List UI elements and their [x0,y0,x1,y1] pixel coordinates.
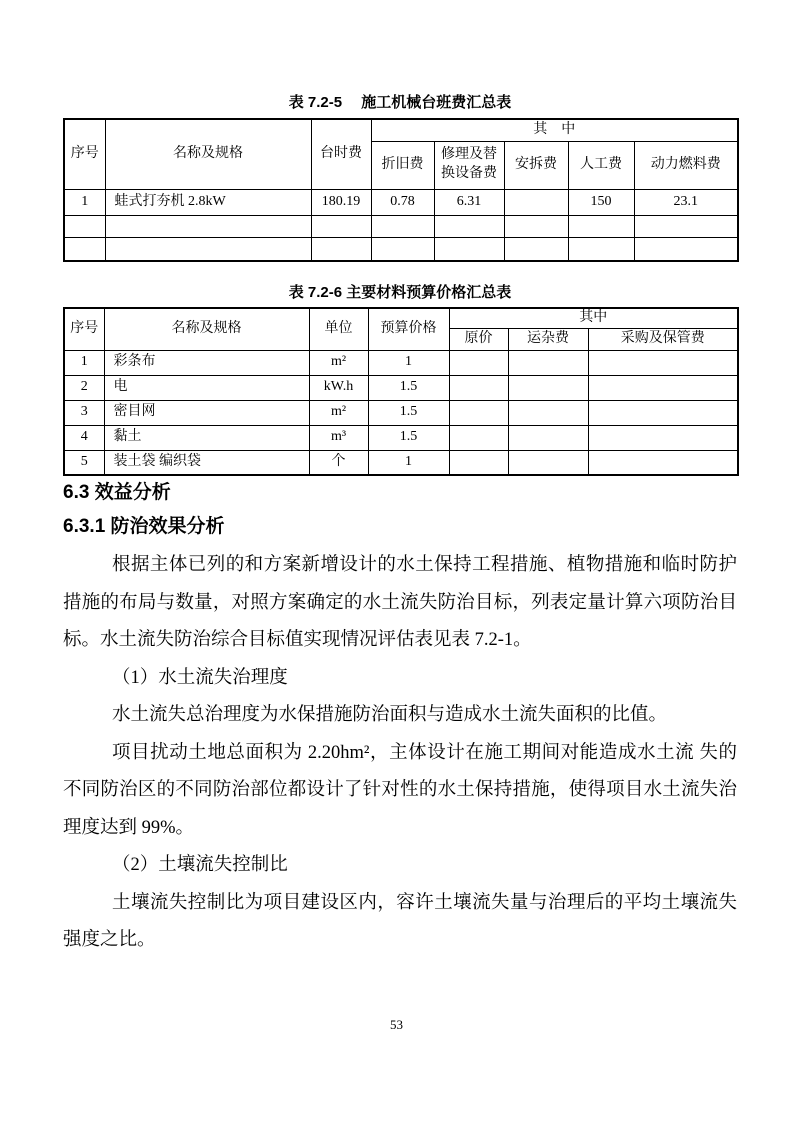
t2-col-group: 其中 [449,308,738,328]
cell-empty [449,400,508,425]
cell-empty [504,215,568,237]
table-row: 3 密目网 m² 1.5 [64,400,738,425]
cell-empty [634,237,738,261]
cell-name: 电 [104,375,309,400]
t1-subcol-zhejiu: 折旧费 [371,141,434,189]
cell-zhejiu: 0.78 [371,189,434,215]
cell-empty [434,237,504,261]
cell-name: 蛙式打夯机 2.8kW [105,189,311,215]
table-row-empty [64,237,738,261]
body-paragraph: 土壤流失控制比为项目建设区内，容许土壤流失量与治理后的平均土壤流失强度之比。 [63,885,737,960]
cell-unit: kW.h [309,375,368,400]
cell-empty [508,400,588,425]
cell-xiuli: 6.31 [434,189,504,215]
t2-col-name: 名称及规格 [104,308,309,350]
body-paragraph: 根据主体已列的和方案新增设计的水土保持工程措施、植物措施和临时防护措施的布局与数… [63,547,737,660]
t2-col-unit: 单位 [309,308,368,350]
cell-price: 1 [368,350,449,375]
cell-empty [311,237,371,261]
t1-col-name: 名称及规格 [105,119,311,189]
cell-dongli: 23.1 [634,189,738,215]
t2-subcol-caigou: 采购及保管费 [588,328,738,350]
cell-empty [449,350,508,375]
table-row-empty [64,215,738,237]
cell-price: 1.5 [368,375,449,400]
cell-name: 彩条布 [104,350,309,375]
subsection-heading-6-3-1: 6.3.1 防治效果分析 [63,516,737,538]
table2-title: 表 7.2-6 主要材料预算价格汇总表 [63,284,737,302]
cell-empty [508,425,588,450]
cell-empty [508,375,588,400]
cell-empty [588,375,738,400]
t2-subcol-yuanjia: 原价 [449,328,508,350]
table-row: 4 黏土 m³ 1.5 [64,425,738,450]
cell-empty [64,215,105,237]
cell-fee: 180.19 [311,189,371,215]
document-page: 表 7.2-5 施工机械台班费汇总表 序号 名称及规格 台时费 其 中 折旧费 … [0,0,793,1122]
cell-empty [508,450,588,475]
t1-subcol-xiuli: 修理及替换设备费 [434,141,504,189]
cell-unit: 个 [309,450,368,475]
body-paragraph: 项目扰动土地总面积为 2.20hm²，主体设计在施工期间对能造成水土流 失的不同… [63,735,737,848]
table-row: 1 彩条布 m² 1 [64,350,738,375]
table2-header-row-1: 序号 名称及规格 单位 预算价格 其中 [64,308,738,328]
cell-no: 1 [64,350,104,375]
cell-price: 1.5 [368,400,449,425]
cell-name: 密目网 [104,400,309,425]
cell-empty [105,215,311,237]
table1-title: 表 7.2-5 施工机械台班费汇总表 [63,94,737,112]
cell-empty [449,375,508,400]
body-paragraph: 水土流失总治理度为水保措施防治面积与造成水土流失面积的比值。 [63,697,737,735]
cell-price: 1.5 [368,425,449,450]
table-row: 1 蛙式打夯机 2.8kW 180.19 0.78 6.31 150 23.1 [64,189,738,215]
list-item-heading: （1）水土流失治理度 [63,660,737,698]
page-number: 53 [0,1017,793,1033]
cell-anchai [504,189,568,215]
table-row: 2 电 kW.h 1.5 [64,375,738,400]
table-row: 5 装土袋 编织袋 个 1 [64,450,738,475]
cell-unit: m² [309,350,368,375]
cell-no: 5 [64,450,104,475]
cell-unit: m³ [309,425,368,450]
cell-no: 4 [64,425,104,450]
cell-unit: m² [309,400,368,425]
t1-col-group: 其 中 [371,119,738,141]
table1-header-row-1: 序号 名称及规格 台时费 其 中 [64,119,738,141]
page-content: 表 7.2-5 施工机械台班费汇总表 序号 名称及规格 台时费 其 中 折旧费 … [63,0,737,960]
cell-empty [568,215,634,237]
machinery-fee-table: 序号 名称及规格 台时费 其 中 折旧费 修理及替换设备费 安拆费 人工费 动力… [63,118,739,262]
cell-empty [64,237,105,261]
cell-rengong: 150 [568,189,634,215]
cell-no: 1 [64,189,105,215]
cell-empty [371,237,434,261]
list-item-heading: （2）土壤流失控制比 [63,847,737,885]
cell-empty [588,450,738,475]
cell-empty [588,425,738,450]
cell-name: 黏土 [104,425,309,450]
cell-empty [504,237,568,261]
t2-col-price: 预算价格 [368,308,449,350]
t1-subcol-anchai: 安拆费 [504,141,568,189]
t1-subcol-rengong: 人工费 [568,141,634,189]
cell-empty [105,237,311,261]
t2-col-xuhao: 序号 [64,308,104,350]
cell-empty [588,350,738,375]
cell-empty [434,215,504,237]
cell-no: 3 [64,400,104,425]
t1-col-xuhao: 序号 [64,119,105,189]
cell-empty [449,425,508,450]
cell-empty [449,450,508,475]
cell-empty [588,400,738,425]
cell-name: 装土袋 编织袋 [104,450,309,475]
cell-empty [568,237,634,261]
t1-subcol-dongli: 动力燃料费 [634,141,738,189]
cell-empty [508,350,588,375]
cell-empty [371,215,434,237]
cell-empty [311,215,371,237]
t1-col-fee: 台时费 [311,119,371,189]
cell-empty [634,215,738,237]
section-heading-6-3: 6.3 效益分析 [63,482,737,504]
material-price-table: 序号 名称及规格 单位 预算价格 其中 原价 运杂费 采购及保管费 1 彩条布 … [63,307,739,476]
cell-price: 1 [368,450,449,475]
t2-subcol-yunza: 运杂费 [508,328,588,350]
cell-no: 2 [64,375,104,400]
